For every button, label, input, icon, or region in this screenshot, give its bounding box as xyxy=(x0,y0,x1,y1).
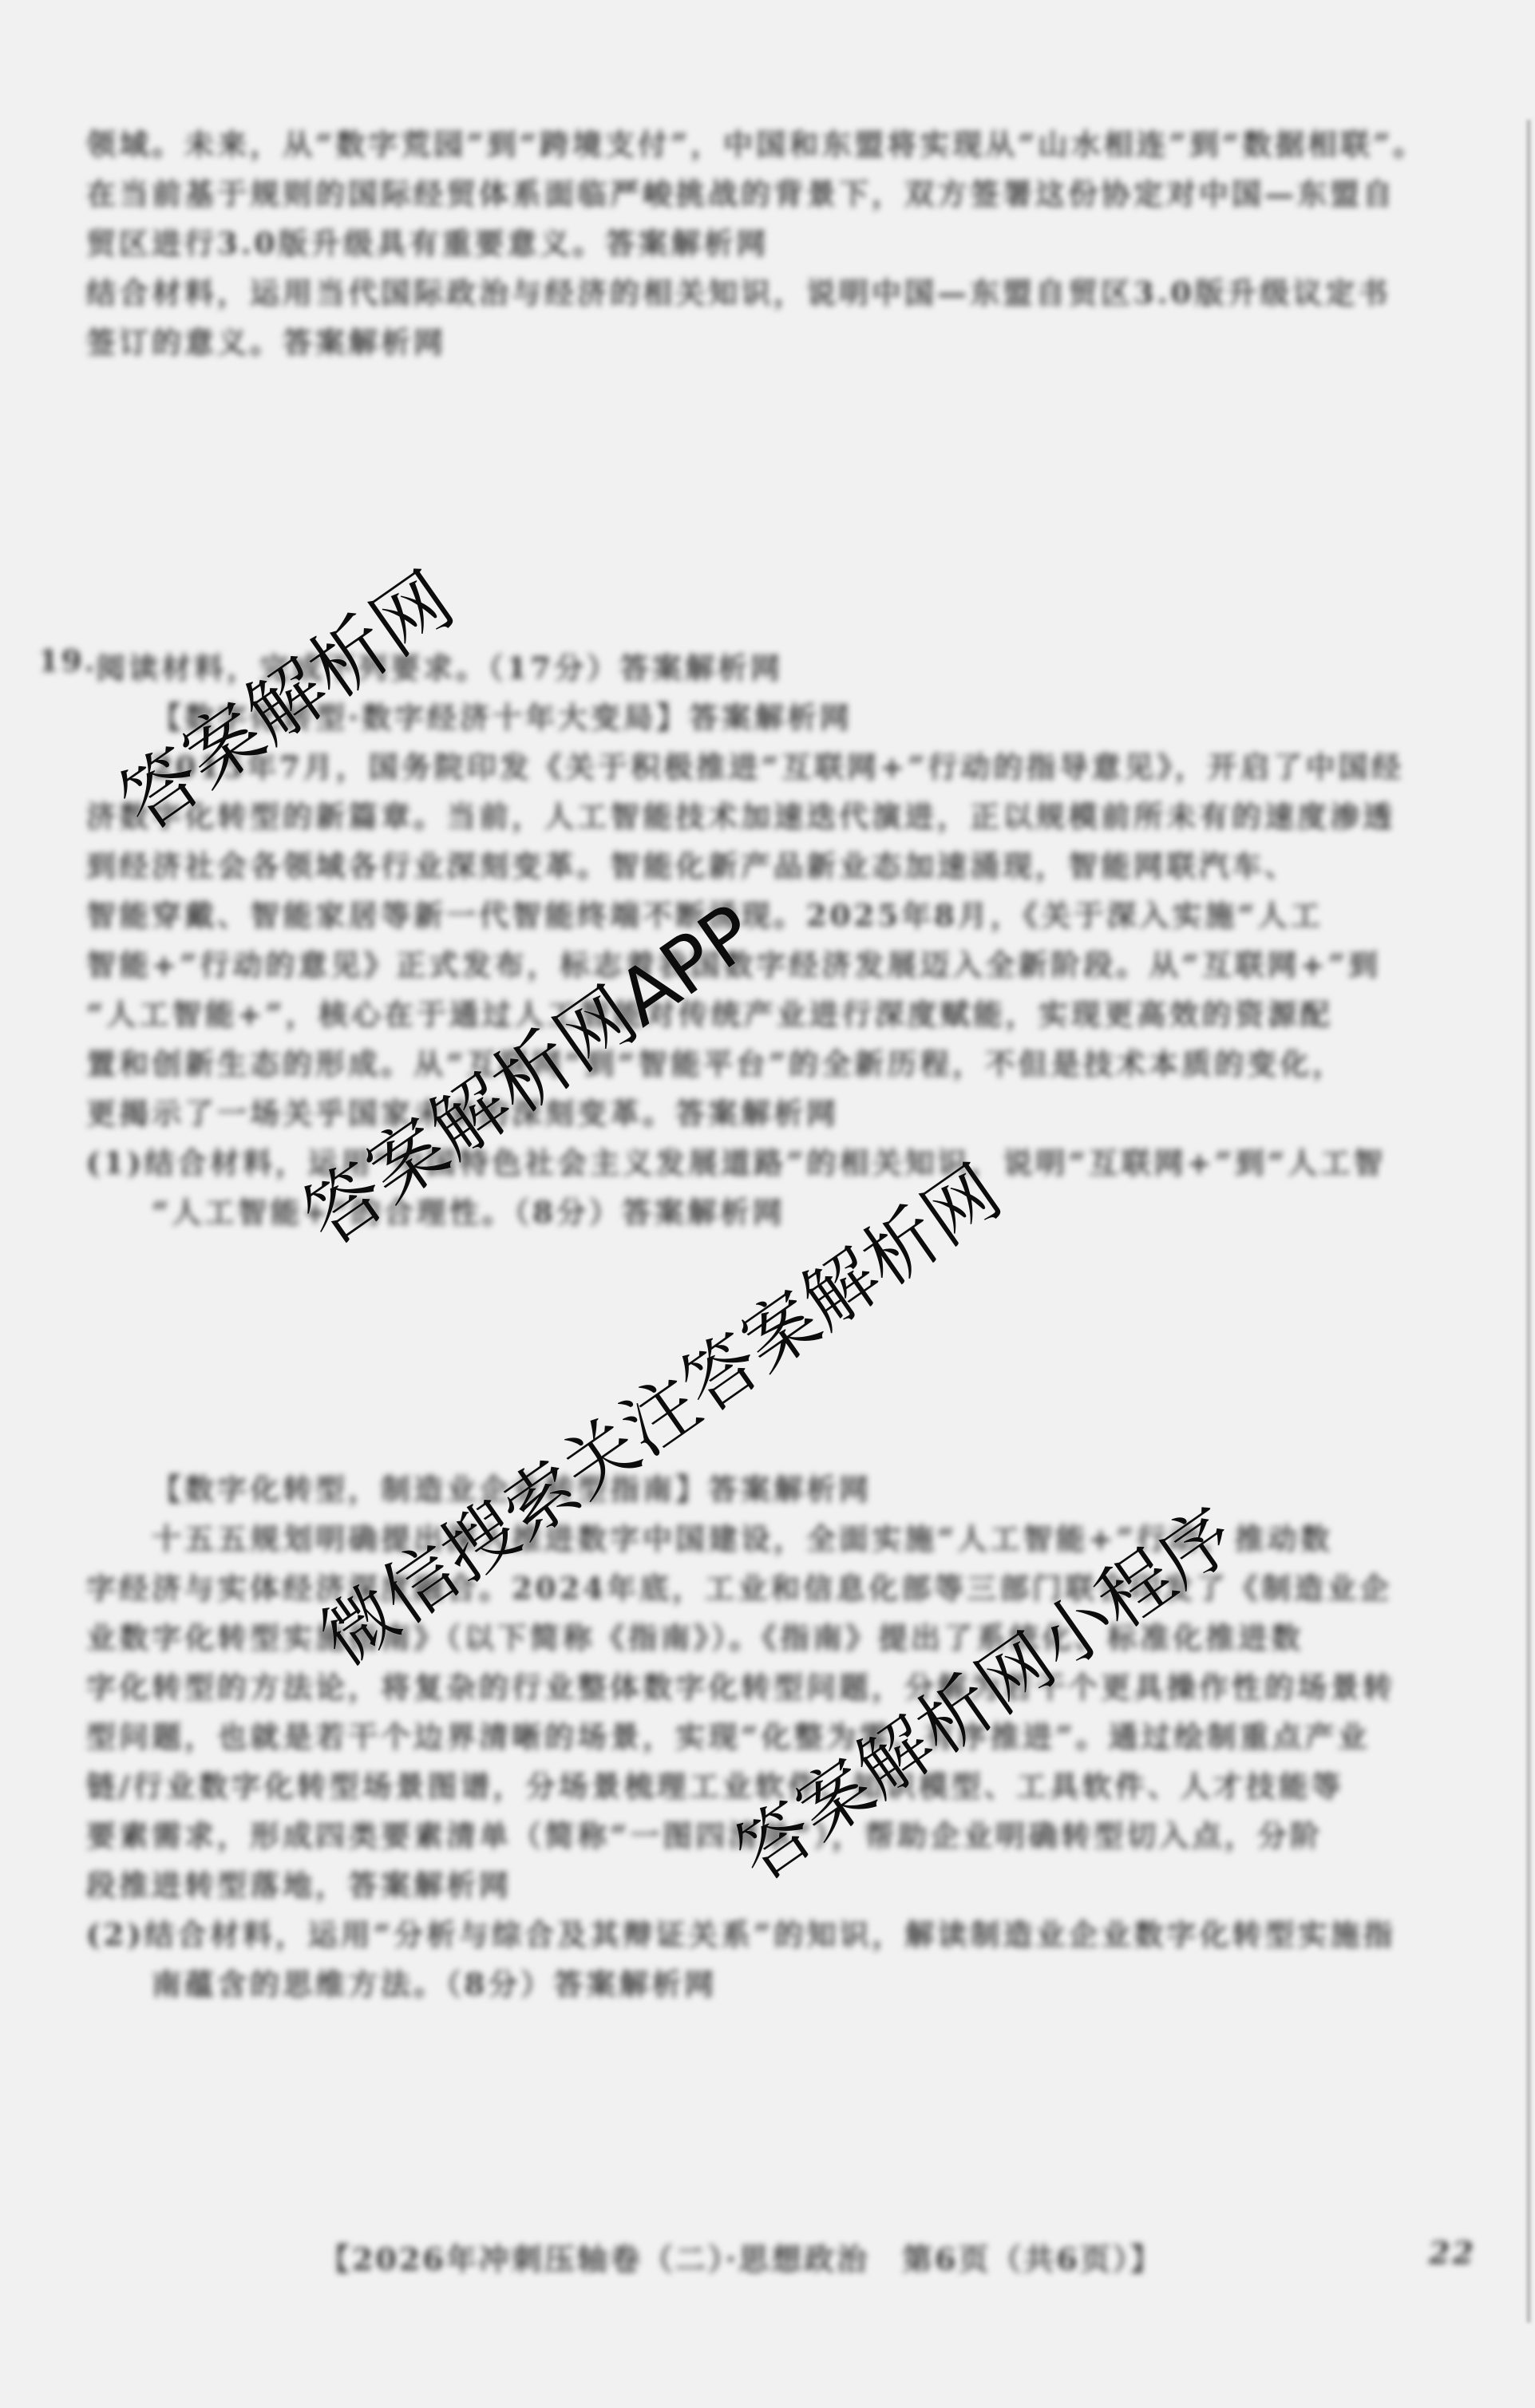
text-line: 智能+”行动的意见》正式发布，标志着我国数字经济发展迈入全新阶段。从“互联网+”… xyxy=(86,940,1459,990)
text-line: 十五五规划明确提出深入推进数字中国建设，全面实施“人工智能+”行动，推动数 xyxy=(86,1514,1459,1564)
text-line: “人工智能+”，核心在于通过人工智能对传统产业进行深度赋能，实现更高效的资源配 xyxy=(86,990,1459,1039)
question-line: 签订的意义。答案解析网 xyxy=(86,318,1459,367)
sub-question-1: (1)结合材料，运用“中国特色社会主义发展道路”的相关知识，说明“互联网+”到“… xyxy=(86,1138,1459,1188)
text-line: 型问题，也就是若干个边界清晰的场景，实现“化整为零、有序推进”。通过绘制重点产业 xyxy=(86,1712,1459,1762)
text-line: 领域。未来，从“数字荒园”到“跨境支付”，中国和东盟将实现从“山水相连”到“数据… xyxy=(86,120,1459,169)
text-line: 到经济社会各领域各行业深刻变革。智能化新产品新业态加速涌现，智能网联汽车、 xyxy=(86,841,1459,891)
text-line: 业数字化转型实施指南》（以下简称《指南》）。《指南》提出了系统化、标准化推进数 xyxy=(86,1613,1459,1663)
page-footer: 【2026年冲刺压轴卷（二）·思想政治 第6页（共6页）】 22 xyxy=(0,2227,1535,2283)
section-1: 【数字化转型·数字经济十年大变局】答案解析网 2015年7月，国务院印发《关于积… xyxy=(86,693,1459,1237)
text-line: 贸区进行3.0版升级具有重要意义。答案解析网 xyxy=(86,219,1459,268)
question-line: 结合材料，运用当代国际政治与经济的相关知识，说明中国—东盟自贸区3.0版升级议定… xyxy=(86,268,1459,318)
sub-question-2-cont: 南蕴含的思维方法。（8分）答案解析网 xyxy=(86,1959,1459,2009)
text-line: 智能穿戴、智能家居等新一代智能终端不断涌现。2025年8月，《关于深入实施“人工 xyxy=(86,891,1459,940)
text-line: 更揭示了一场关乎国家未来的深刻变革。答案解析网 xyxy=(86,1089,1459,1138)
question-number: 19. xyxy=(38,643,97,678)
text-line: 济数字化转型的新篇章。当前，人工智能技术加速迭代演进，正以规模前所未有的速度渗透 xyxy=(86,792,1459,841)
footer-title: 【2026年冲刺压轴卷（二）·思想政治 第6页（共6页）】 xyxy=(319,2235,1163,2279)
text-line: 在当前基于规则的国际经贸体系面临严峻挑战的背景下，双方签署这份协定对中国—东盟自 xyxy=(86,169,1459,219)
section-2: 【数字化转型，制造业企业转型指南】答案解析网 十五五规划明确提出深入推进数字中国… xyxy=(86,1465,1459,2009)
section-2-heading: 【数字化转型，制造业企业转型指南】答案解析网 xyxy=(86,1465,1459,1514)
text-line: 置和创新生态的形成。从“互联网”到“智能平台”的全新历程，不但是技术本质的变化， xyxy=(86,1039,1459,1089)
text-line: 字化转型的方法论，将复杂的行业整体数字化转型问题，分解为若干个更具操作性的场景转 xyxy=(86,1663,1459,1712)
sub-question-2: (2)结合材料，运用“分析与综合及其辩证关系”的知识，解读制造业企业数字化转型实… xyxy=(86,1910,1459,1959)
top-paragraph: 领域。未来，从“数字荒园”到“跨境支付”，中国和东盟将实现从“山水相连”到“数据… xyxy=(86,120,1459,367)
page-edge-shadow xyxy=(1526,120,1531,2323)
page-number: 22 xyxy=(1429,2235,1476,2271)
text-line: 字经济与实体经济深度融合。2024年底，工业和信息化部等三部门联合印发了《制造业… xyxy=(86,1564,1459,1613)
